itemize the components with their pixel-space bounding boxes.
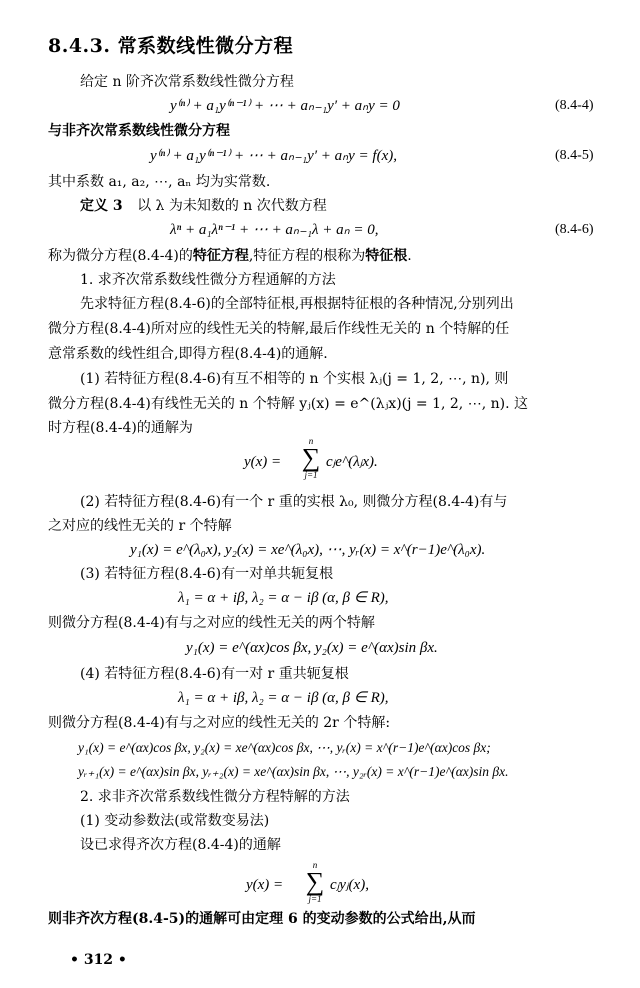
paragraph-line: 则微分方程(8.4-4)有与之对应的线性无关的两个特解: [48, 613, 375, 633]
equation: yᵣ₊₁(x) = e^(αx)sin βx, yᵣ₊₂(x) = xe^(αx…: [78, 762, 509, 782]
subsection-title: 2. 求非齐次常系数线性微分方程特解的方法: [80, 787, 350, 807]
equation: λ₁ = α + iβ, λ₂ = α − iβ (α, β ∈ R),: [178, 588, 389, 608]
paragraph-line: 微分方程(8.4-4)有线性无关的 n 个特解 yⱼ(x) = e^(λⱼx)(…: [48, 394, 528, 414]
equation-lhs: y(x) =: [244, 452, 281, 472]
section-heading: 8.4.3. 常系数线性微分方程: [48, 36, 293, 56]
equation: y₁(x) = e^(αx)cos βx, y₂(x) = e^(αx)sin …: [186, 638, 438, 658]
term-characteristic-equation: 特征方程: [193, 248, 249, 264]
paragraph-line: 其中系数 a₁, a₂, ⋯, aₙ 均为实常数.: [48, 172, 270, 192]
equation-rhs: cⱼe^(λⱼx).: [326, 452, 378, 472]
text-run: 称为微分方程(8.4-4)的: [48, 248, 193, 264]
paragraph-line: 则非齐次方程(8.4-5)的通解可由定理 6 的变动参数的公式给出,从而: [48, 909, 476, 929]
term-characteristic-root: 特征根: [365, 248, 407, 264]
equation-number: (8.4-5): [555, 148, 594, 164]
paragraph-line: (4) 若特征方程(8.4-6)有一对 r 重共轭复根: [80, 664, 349, 684]
text-run: .: [407, 248, 411, 264]
paragraph-line: (2) 若特征方程(8.4-6)有一个 r 重的实根 λ₀, 则微分方程(8.4…: [80, 492, 507, 512]
equation: y⁽ⁿ⁾ + a₁y⁽ⁿ⁻¹⁾ + ⋯ + aₙ₋₁y′ + aₙy = 0: [170, 96, 400, 116]
equation: λⁿ + a₁λⁿ⁻¹ + ⋯ + aₙ₋₁λ + aₙ = 0,: [170, 220, 379, 240]
equation-number: (8.4-6): [555, 222, 594, 238]
equation: y₁(x) = e^(αx)cos βx, y₂(x) = xe^(αx)cos…: [78, 738, 491, 758]
equation: λ₁ = α + iβ, λ₂ = α − iβ (α, β ∈ R),: [178, 688, 389, 708]
equation-number: (8.4-4): [555, 98, 594, 114]
paragraph-line: 微分方程(8.4-4)所对应的线性无关的特解,最后作线性无关的 n 个特解的任: [48, 319, 509, 339]
paragraph-line: 称为微分方程(8.4-4)的特征方程,特征方程的根称为特征根.: [48, 246, 412, 266]
subsection-title: 1. 求齐次常系数线性微分方程通解的方法: [80, 270, 336, 290]
paragraph-line: 与非齐次常系数线性微分方程: [48, 121, 230, 141]
paragraph-line: 之对应的线性无关的 r 个特解: [48, 516, 232, 536]
paragraph-line: 给定 n 阶齐次常系数线性微分方程: [80, 72, 294, 92]
equation: y⁽ⁿ⁾ + a₁y⁽ⁿ⁻¹⁾ + ⋯ + aₙ₋₁y′ + aₙy = f(x…: [150, 146, 397, 166]
paragraph-line: (1) 若特征方程(8.4-6)有互不相等的 n 个实根 λⱼ(j = 1, 2…: [80, 369, 508, 389]
equation: y₁(x) = e^(λ₀x), y₂(x) = xe^(λ₀x), ⋯, yᵣ…: [130, 540, 485, 560]
sigma-icon: ∑: [300, 446, 322, 470]
paragraph-line: (3) 若特征方程(8.4-6)有一对单共轭复根: [80, 564, 333, 584]
paragraph-line: 时方程(8.4-4)的通解为: [48, 418, 193, 438]
equation-lhs: y(x) =: [246, 875, 283, 895]
page-number: • 312 •: [70, 950, 127, 970]
paragraph-line: 设已求得齐次方程(8.4-4)的通解: [80, 835, 281, 855]
sigma-symbol: n ∑ j=1: [300, 436, 322, 480]
paragraph-line: 则微分方程(8.4-4)有与之对应的线性无关的 2r 个特解:: [48, 713, 390, 733]
paragraph-line: 意常系数的线性组合,即得方程(8.4-4)的通解.: [48, 344, 328, 364]
definition-label: 定义 3: [80, 198, 123, 214]
equation-rhs: cⱼyⱼ(x),: [330, 875, 369, 895]
paragraph-line: (1) 变动参数法(或常数变易法): [80, 811, 269, 831]
sigma-symbol: n ∑ j=1: [304, 860, 326, 904]
sigma-icon: ∑: [304, 870, 326, 894]
paragraph-line: 先求特征方程(8.4-6)的全部特征根,再根据特征根的各种情况,分别列出: [80, 294, 514, 314]
definition-line: 定义 3 以 λ 为未知数的 n 次代数方程: [80, 196, 327, 216]
text-run: ,特征方程的根称为: [249, 248, 365, 264]
definition-text: 以 λ 为未知数的 n 次代数方程: [137, 198, 327, 214]
